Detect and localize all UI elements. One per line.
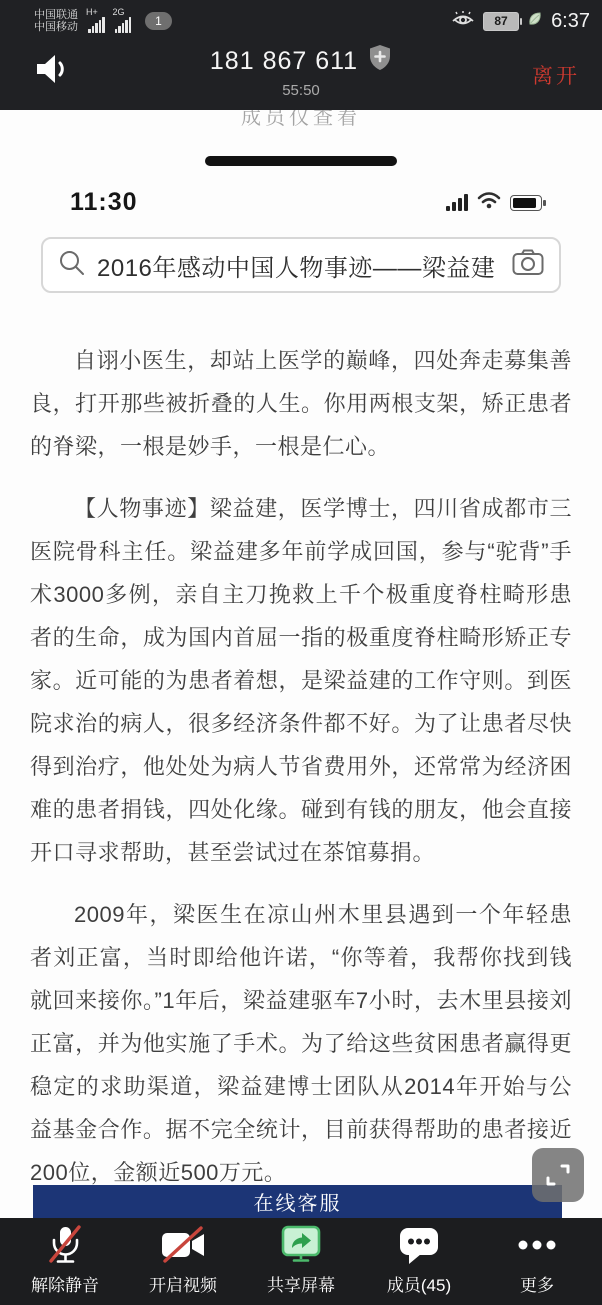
inner-battery-icon: [510, 195, 542, 211]
search-bar[interactable]: 2016年感动中国人物事迹——梁益建: [41, 237, 561, 293]
camera-off-icon: [159, 1224, 207, 1266]
start-video-button[interactable]: 开启视频: [135, 1224, 231, 1296]
article-paragraph-3: 2009年，梁医生在凉山州木里县遇到一个年轻患者刘正富，当时即给他许诺，“你等着…: [30, 893, 572, 1194]
notification-count-badge: 1: [145, 12, 172, 30]
image-search-camera-icon[interactable]: [512, 249, 544, 281]
meeting-elapsed-time: 55:50: [0, 82, 602, 99]
article-body: 自诩小医生，却站上医学的巅峰，四处奔走募集善良，打开那些被折叠的人生。你用两根支…: [30, 339, 572, 1194]
online-service-bar[interactable]: 在线客服: [33, 1185, 562, 1218]
meeting-id: 181 867 611: [210, 44, 392, 78]
wifi-icon: [477, 191, 501, 214]
muted-mic-icon: [43, 1224, 87, 1266]
signal-strength-icon-1: H+: [88, 9, 105, 33]
power-save-leaf-icon: [527, 11, 543, 32]
os-status-bar: 中国联通 中国移动 H+ 2G 1 87 6:37: [0, 0, 602, 40]
signal-strength-icon-2: 2G: [115, 9, 132, 33]
toolbar-item-label: 解除静音: [31, 1271, 99, 1296]
search-query-text[interactable]: 2016年感动中国人物事迹——梁益建: [97, 248, 500, 283]
members-button[interactable]: 成员(45): [371, 1224, 467, 1296]
share-screen-button[interactable]: 共享屏幕: [253, 1224, 349, 1296]
sheet-drag-handle-icon[interactable]: [205, 156, 397, 166]
view-only-note: 成员仅查看: [0, 110, 602, 130]
shared-screen-view: 成员仅查看 11:30 2016年感动中国人物事迹——梁益建: [0, 110, 602, 1218]
inner-phone-status-bar: 11:30: [0, 188, 602, 217]
battery-icon: 87: [483, 12, 519, 31]
fullscreen-expand-button[interactable]: [532, 1148, 584, 1202]
toolbar-item-label: 成员(45): [387, 1271, 451, 1296]
toolbar-item-label: 更多: [520, 1271, 554, 1296]
meeting-toolbar: 解除静音 开启视频 共享屏幕 成员(45) 更多: [0, 1218, 602, 1305]
more-icon: [514, 1224, 560, 1266]
more-button[interactable]: 更多: [489, 1224, 585, 1296]
article-paragraph-1: 自诩小医生，却站上医学的巅峰，四处奔走募集善良，打开那些被折叠的人生。你用两根支…: [30, 339, 572, 468]
security-shield-icon[interactable]: [368, 44, 392, 78]
carrier-1: 中国联通: [34, 9, 78, 21]
unmute-button[interactable]: 解除静音: [17, 1224, 113, 1296]
carrier-labels: 中国联通 中国移动: [34, 9, 78, 33]
eye-protection-icon: [451, 10, 475, 33]
toolbar-item-label: 共享屏幕: [267, 1271, 335, 1296]
members-icon: [396, 1224, 442, 1266]
share-screen-icon: [278, 1224, 324, 1266]
toolbar-item-label: 开启视频: [149, 1271, 217, 1296]
clock-time: 6:37: [551, 10, 590, 33]
cellular-signal-icon: [446, 194, 468, 211]
inner-clock-time: 11:30: [70, 188, 138, 217]
search-icon: [58, 249, 85, 281]
expand-corners-icon: [543, 1159, 573, 1191]
meeting-header: 181 867 611 55:50 离开: [0, 40, 602, 110]
meeting-app-window: 中国联通 中国移动 H+ 2G 1 87 6:37: [0, 0, 602, 1305]
article-paragraph-2: 【人物事迹】梁益建，医学博士，四川省成都市三医院骨科主任。梁益建多年前学成回国，…: [30, 487, 572, 874]
leave-meeting-button[interactable]: 离开: [532, 60, 580, 90]
carrier-2: 中国移动: [34, 21, 78, 33]
